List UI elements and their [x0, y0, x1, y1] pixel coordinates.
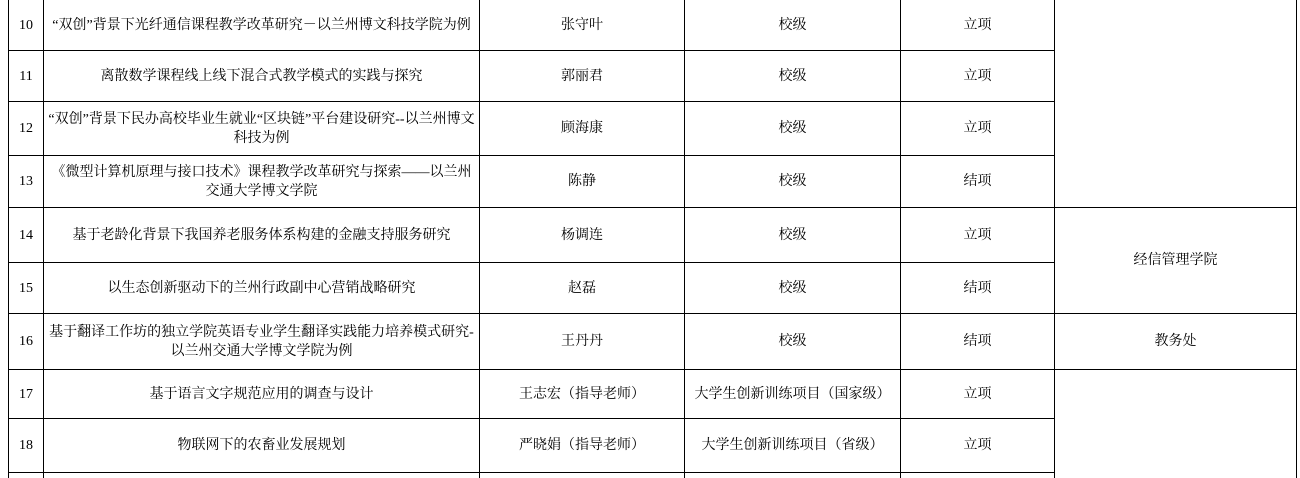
project-title-cell: 物联网下的农畜业发展规划: [44, 419, 480, 473]
department-cell: 经信管理学院: [1055, 208, 1297, 314]
project-title-cell: “双创”背景下民办高校毕业生就业“区块链”平台建设研究--以兰州博文科技为例: [44, 102, 480, 156]
project-title-cell: 基于语言文字规范应用的调查与设计: [44, 370, 480, 419]
person-cell: 赵磊: [480, 263, 685, 314]
row-number-cell: 16: [9, 314, 44, 370]
level-cell: 大学生创新训练项目（国家级）: [685, 370, 901, 419]
status-cell: 立项: [901, 102, 1055, 156]
person-cell: 王志宏（指导老师）: [480, 370, 685, 419]
person-cell: 杨调连: [480, 208, 685, 263]
partial-row-cell: [901, 473, 1055, 478]
status-cell: 立项: [901, 208, 1055, 263]
partial-row-cell: [9, 473, 44, 478]
status-cell: 结项: [901, 156, 1055, 208]
partial-row-cell: [480, 473, 685, 478]
status-cell: 立项: [901, 0, 1055, 51]
project-title-cell: 以生态创新驱动下的兰州行政副中心营销战略研究: [44, 263, 480, 314]
department-cell: [1055, 0, 1297, 208]
projects-table: 10 “双创”背景下光纤通信课程教学改革研究－以兰州博文科技学院为例 张守叶 校…: [8, 0, 1297, 478]
status-cell: 结项: [901, 263, 1055, 314]
project-title-cell: 离散数学课程线上线下混合式教学模式的实践与探究: [44, 51, 480, 102]
level-cell: 校级: [685, 102, 901, 156]
status-cell: 结项: [901, 314, 1055, 370]
row-number-cell: 14: [9, 208, 44, 263]
project-title-cell: 基于老龄化背景下我国养老服务体系构建的金融支持服务研究: [44, 208, 480, 263]
level-cell: 校级: [685, 263, 901, 314]
level-cell: 大学生创新训练项目（省级）: [685, 419, 901, 473]
person-cell: 张守叶: [480, 0, 685, 51]
partial-row-cell: [685, 473, 901, 478]
person-cell: 陈静: [480, 156, 685, 208]
person-cell: 郭丽君: [480, 51, 685, 102]
level-cell: 校级: [685, 51, 901, 102]
person-cell: 顾海康: [480, 102, 685, 156]
project-title-cell: “双创”背景下光纤通信课程教学改革研究－以兰州博文科技学院为例: [44, 0, 480, 51]
status-cell: 立项: [901, 370, 1055, 419]
row-number-cell: 17: [9, 370, 44, 419]
row-number-cell: 18: [9, 419, 44, 473]
status-cell: 立项: [901, 51, 1055, 102]
level-cell: 校级: [685, 0, 901, 51]
row-number-cell: 13: [9, 156, 44, 208]
status-cell: 立项: [901, 419, 1055, 473]
row-number-cell: 15: [9, 263, 44, 314]
person-cell: 王丹丹: [480, 314, 685, 370]
partial-row-cell: [44, 473, 480, 478]
row-number-cell: 10: [9, 0, 44, 51]
level-cell: 校级: [685, 208, 901, 263]
level-cell: 校级: [685, 156, 901, 208]
department-cell: [1055, 370, 1297, 478]
department-cell: 教务处: [1055, 314, 1297, 370]
project-title-cell: 基于翻译工作坊的独立学院英语专业学生翻译实践能力培养模式研究-以兰州交通大学博文…: [44, 314, 480, 370]
project-title-cell: 《微型计算机原理与接口技术》课程教学改革研究与探索——以兰州交通大学博文学院: [44, 156, 480, 208]
person-cell: 严晓娟（指导老师）: [480, 419, 685, 473]
row-number-cell: 12: [9, 102, 44, 156]
level-cell: 校级: [685, 314, 901, 370]
row-number-cell: 11: [9, 51, 44, 102]
